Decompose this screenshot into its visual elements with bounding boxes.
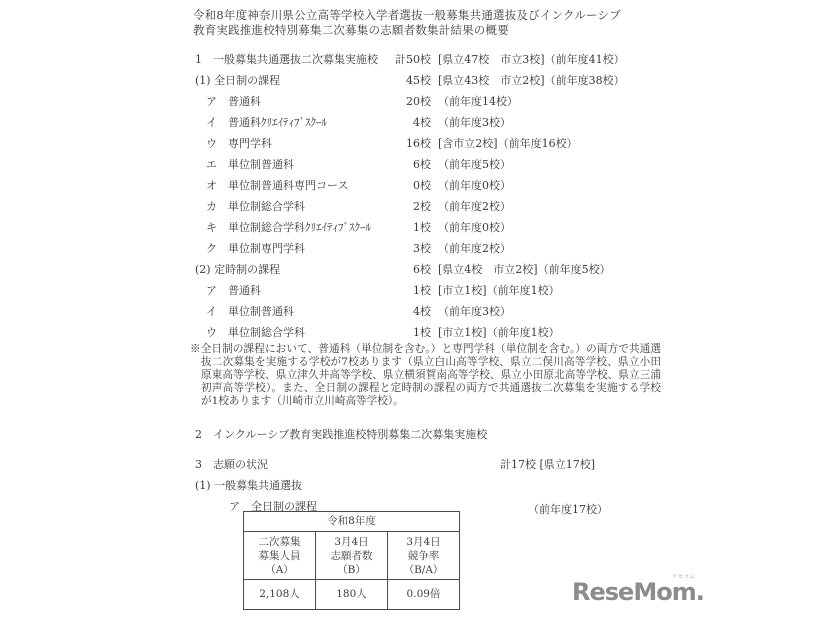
document-page: 令和8年度神奈川県公立高等学校入学者選抜一般募集共通選抜及びインクルーシブ 教育…	[0, 0, 826, 620]
list-row: ウ 専門学科16校[含市立2校]（前年度16校）	[195, 133, 735, 154]
row-detail: （前年度14校）	[438, 91, 518, 112]
header-line: 3月4日	[316, 535, 387, 549]
document-title: 令和8年度神奈川県公立高等学校入学者選抜一般募集共通選抜及びインクルーシブ 教育…	[193, 8, 663, 38]
ratio-cell: 0.09倍	[388, 580, 460, 610]
row-detail: [含市立2校]（前年度16校）	[438, 133, 578, 154]
document-title-line1: 令和8年度神奈川県公立高等学校入学者選抜一般募集共通選抜及びインクルーシブ	[193, 8, 663, 23]
row-count: 16校	[381, 133, 431, 154]
resemom-logo-kana: リセマム	[672, 575, 696, 580]
row-label: (2) 定時制の課程	[195, 259, 381, 280]
section1-list: 1 一般募集共通選抜二次募集実施校計50校[県立47校 市立3校]（前年度41校…	[195, 49, 735, 343]
row-count: 4校	[381, 301, 431, 322]
row-count: 計50校	[381, 49, 431, 70]
row-label: ウ 単位制総合学科	[195, 322, 381, 343]
section3-sub1: (1) 一般募集共通選抜	[195, 477, 302, 493]
header-line: 競争率	[388, 549, 459, 563]
table-caption-row: 令和8年度	[244, 512, 460, 532]
header-line: 3月4日	[388, 535, 459, 549]
row-count: 2校	[381, 196, 431, 217]
header-line: （A）	[244, 563, 315, 577]
header-line: 二次募集	[244, 535, 315, 549]
list-row: キ 単位制総合学科ｸﾘｴｲﾃｨﾌﾞｽｸｰﾙ1校（前年度0校）	[195, 217, 735, 238]
list-row: エ 単位制普通科6校（前年度5校）	[195, 154, 735, 175]
row-label: 1 一般募集共通選抜二次募集実施校	[195, 49, 381, 70]
document-title-line2: 教育実践推進校特別募集二次募集の志願者数集計結果の概要	[193, 23, 663, 38]
list-row: ア 普通科1校[市立1校]（前年度1校）	[195, 280, 735, 301]
row-detail: [県立47校 市立3校]（前年度41校）	[438, 49, 625, 70]
row-label: エ 単位制普通科	[195, 154, 381, 175]
table-header-applicants: 3月4日 志願者数 （B）	[316, 532, 388, 580]
list-row: カ 単位制総合学科2校（前年度2校）	[195, 196, 735, 217]
row-count: 4校	[381, 112, 431, 133]
applicant-count-cell: 180人	[316, 580, 388, 610]
row-label: ア 普通科	[195, 91, 381, 112]
row-detail: （前年度2校）	[438, 238, 511, 259]
row-label: オ 単位制普通科専門コース	[195, 175, 381, 196]
header-line: （B/A）	[388, 563, 459, 577]
row-detail: （前年度5校）	[438, 154, 511, 175]
list-row: ク 単位制専門学科3校（前年度2校）	[195, 238, 735, 259]
row-detail: [県立43校 市立2校]（前年度38校）	[438, 70, 625, 91]
row-label: ウ 専門学科	[195, 133, 381, 154]
row-count: 20校	[381, 91, 431, 112]
list-row: (1) 全日制の課程45校[県立43校 市立2校]（前年度38校）	[195, 70, 735, 91]
table-header-recruitment: 二次募集 募集人員 （A）	[244, 532, 316, 580]
section1-heading-row: 1 一般募集共通選抜二次募集実施校計50校[県立47校 市立3校]（前年度41校…	[195, 49, 735, 70]
footnote-paragraph: ※全日制の課程において、普通科（単位制を含む。）と専門学科（単位制を含む。）の両…	[190, 343, 661, 408]
row-label: カ 単位制総合学科	[195, 196, 381, 217]
row-count: 1校	[381, 217, 431, 238]
row-count: 0校	[381, 175, 431, 196]
header-line: （B）	[316, 563, 387, 577]
section3-heading: 3 志願の状況	[195, 456, 268, 472]
list-row: ウ 単位制総合学科1校[市立1校]（前年度1校）	[195, 322, 735, 343]
row-detail: [市立1校]（前年度1校）	[438, 280, 560, 301]
row-count: 6校	[381, 154, 431, 175]
table-caption: 令和8年度	[244, 512, 460, 532]
section2-values: 計17校 [県立17校] （前年度17校）	[500, 427, 608, 547]
row-detail: （前年度2校）	[438, 196, 511, 217]
table-header-ratio: 3月4日 競争率 （B/A）	[388, 532, 460, 580]
row-label: キ 単位制総合学科ｸﾘｴｲﾃｨﾌﾞｽｸｰﾙ	[195, 217, 381, 238]
row-label: ク 単位制専門学科	[195, 238, 381, 259]
header-line: 志願者数	[316, 549, 387, 563]
row-label: イ 単位制普通科	[195, 301, 381, 322]
list-row: ア 普通科20校（前年度14校）	[195, 91, 735, 112]
table-header-row: 二次募集 募集人員 （A） 3月4日 志願者数 （B） 3月4日 競争率 （B/…	[244, 532, 460, 580]
row-detail: [市立1校]（前年度1校）	[438, 322, 560, 343]
resemom-logo: ReseMom. リセマム	[572, 578, 704, 606]
resemom-logo-text: ReseMom.	[572, 578, 704, 606]
row-detail: [県立4校 市立2校]（前年度5校）	[438, 259, 611, 280]
list-row: (2) 定時制の課程6校[県立4校 市立2校]（前年度5校）	[195, 259, 735, 280]
row-detail: （前年度0校）	[438, 175, 511, 196]
row-label: (1) 全日制の課程	[195, 70, 381, 91]
section2-count: 計17校 [県立17校]	[500, 457, 608, 472]
header-line: 募集人員	[244, 549, 315, 563]
row-count: 1校	[381, 322, 431, 343]
row-detail: （前年度3校）	[438, 112, 511, 133]
row-count: 3校	[381, 238, 431, 259]
row-detail: （前年度3校）	[438, 301, 511, 322]
list-row: イ 単位制普通科4校（前年度3校）	[195, 301, 735, 322]
row-label: ア 普通科	[195, 280, 381, 301]
row-count: 1校	[381, 280, 431, 301]
list-row: イ 普通科ｸﾘｴｲﾃｨﾌﾞｽｸｰﾙ4校（前年度3校）	[195, 112, 735, 133]
row-detail: （前年度0校）	[438, 217, 511, 238]
list-row: オ 単位制普通科専門コース0校（前年度0校）	[195, 175, 735, 196]
section2-prev-year: （前年度17校）	[500, 502, 608, 517]
row-count: 6校	[381, 259, 431, 280]
applicant-status-table: 令和8年度 二次募集 募集人員 （A） 3月4日 志願者数 （B） 3月4日 競…	[243, 511, 460, 610]
table-value-row: 2,108人 180人 0.09倍	[244, 580, 460, 610]
row-count: 45校	[381, 70, 431, 91]
recruitment-count-cell: 2,108人	[244, 580, 316, 610]
row-label: イ 普通科ｸﾘｴｲﾃｨﾌﾞｽｸｰﾙ	[195, 112, 381, 133]
